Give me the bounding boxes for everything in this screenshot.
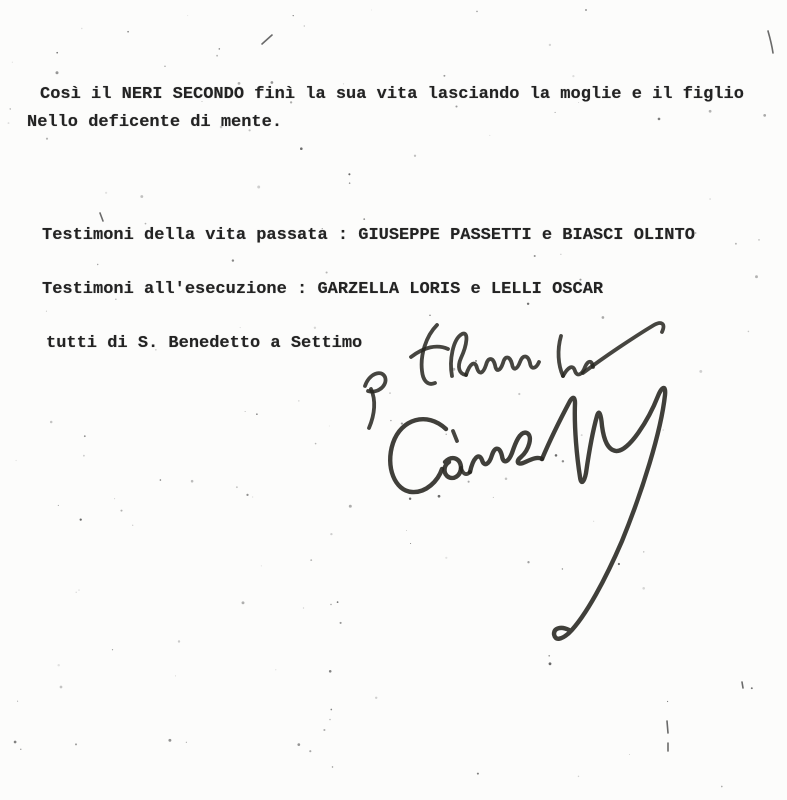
signature-stroke bbox=[422, 325, 437, 384]
witnesses-past-life-line: Testimoni della vita passata : GIUSEPPE … bbox=[42, 226, 695, 246]
scanned-document-page: Così il NERI SECONDO finì la sua vita la… bbox=[0, 0, 787, 800]
signature-stroke bbox=[470, 433, 542, 472]
signature-stroke bbox=[365, 373, 386, 391]
signature-stroke bbox=[453, 431, 457, 441]
handwriting-committee-line bbox=[365, 323, 663, 428]
signature-stroke bbox=[411, 347, 448, 357]
signature-stroke bbox=[559, 336, 563, 376]
signature-stroke bbox=[390, 419, 446, 492]
signature-stroke bbox=[466, 356, 539, 375]
signature-stroke bbox=[461, 468, 470, 474]
body-text-line-2: Nello deficente di mente. bbox=[27, 113, 282, 133]
signature-stroke bbox=[445, 458, 461, 478]
location-line: tutti di S. Benedetto a Settimo bbox=[46, 334, 362, 354]
signature-stroke bbox=[369, 389, 374, 428]
witnesses-execution-line: Testimoni all'esecuzione : GARZELLA LORI… bbox=[42, 280, 603, 300]
signature-stroke bbox=[451, 334, 466, 376]
signature-stroke bbox=[563, 362, 593, 376]
signature-stroke bbox=[583, 323, 663, 373]
handwriting-signature-line bbox=[390, 388, 665, 639]
signature-stroke bbox=[542, 388, 665, 639]
body-text-line-1: Così il NERI SECONDO finì la sua vita la… bbox=[40, 85, 744, 105]
